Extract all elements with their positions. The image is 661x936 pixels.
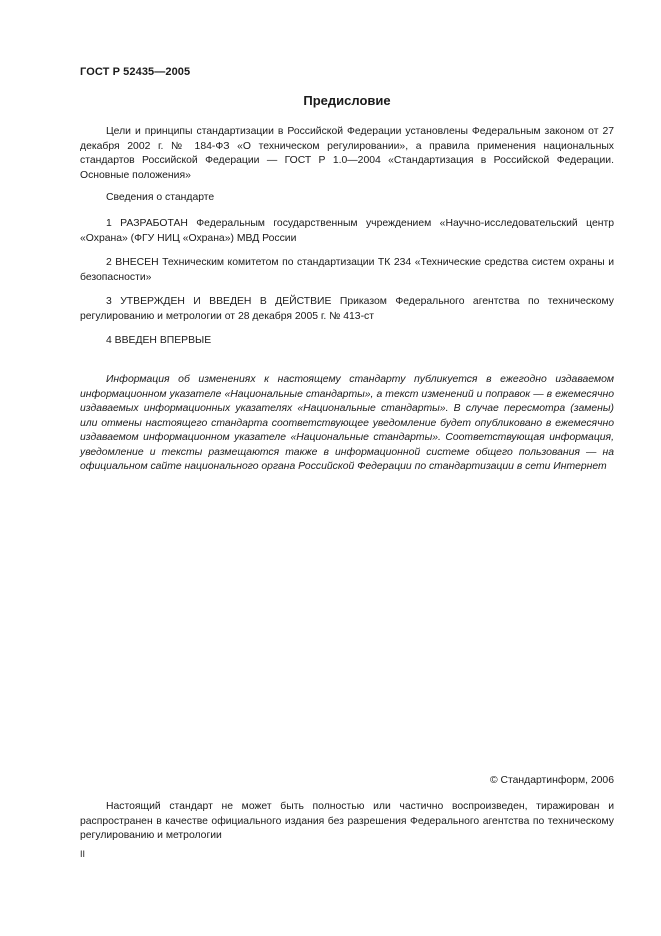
section-title: Предисловие [80, 93, 614, 108]
copyright-line: © Стандартинформ, 2006 [490, 775, 614, 786]
document-code: ГОСТ Р 52435—2005 [80, 66, 190, 78]
page-number: II [80, 849, 85, 859]
amendments-notice: Информация об изменениях к настоящему ст… [80, 373, 614, 475]
info-item-4: 4 ВВЕДЕН ВПЕРВЫЕ [80, 334, 614, 349]
info-heading: Сведения о стандарте [80, 191, 614, 206]
reproduction-restriction: Настоящий стандарт не может быть полност… [80, 800, 614, 844]
info-item-1: 1 РАЗРАБОТАН Федеральным государственным… [80, 217, 614, 246]
document-page: ГОСТ Р 52435—2005 Предисловие Цели и при… [80, 0, 614, 936]
intro-paragraph: Цели и принципы стандартизации в Российс… [80, 125, 614, 183]
info-item-2: 2 ВНЕСЕН Техническим комитетом по станда… [80, 256, 614, 285]
info-item-3: 3 УТВЕРЖДЕН И ВВЕДЕН В ДЕЙСТВИЕ Приказом… [80, 295, 614, 324]
